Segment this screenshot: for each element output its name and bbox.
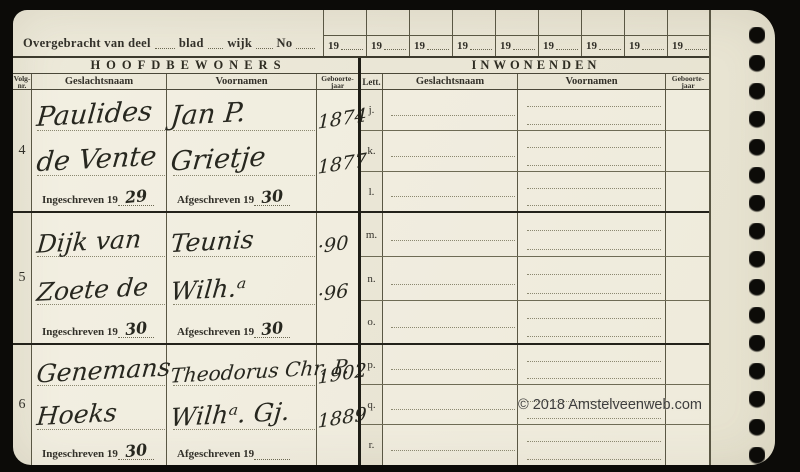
geboortejaar-cell xyxy=(666,425,710,465)
geboortejaar-label-bottom: jaar xyxy=(681,82,694,89)
writing-line xyxy=(527,205,661,206)
year-cell: 19 xyxy=(538,36,581,56)
letter-cell: k. xyxy=(361,131,383,171)
year-prefix: 19 xyxy=(586,40,597,52)
surname-handwritten: Dijk van xyxy=(35,224,142,258)
geboortejaar-cell xyxy=(666,131,710,171)
dotted-blank-wijk xyxy=(256,48,272,49)
column-header-geslachtsnaam-left: Geslachtsnaam xyxy=(32,74,167,89)
column-header-voornamen-left: Voornamen xyxy=(167,74,317,89)
column-header-lett: Lett. xyxy=(361,74,383,89)
dotted-blank xyxy=(513,49,535,50)
column-header-geboortejaar-left: Geboorte- jaar xyxy=(317,74,358,89)
empty-box xyxy=(409,10,452,35)
year-prefix: 19 xyxy=(457,40,468,52)
writing-line xyxy=(527,459,661,460)
ingeschreven-value-slot: 30 xyxy=(118,446,154,460)
section-titles: HOOFDBEWONERS INWONENDEN xyxy=(13,58,710,74)
firstname-handwritten: Jan P. xyxy=(169,97,246,132)
register-card: Overgebracht van deel blad wijk No xyxy=(13,10,775,465)
year-cell: 19 xyxy=(409,36,452,56)
ingeschreven-value-slot: 30 xyxy=(118,324,154,338)
geslachtsnaam-cell xyxy=(383,257,518,300)
geboortejaar-cell xyxy=(666,345,710,384)
ingeschreven-value: 30 xyxy=(124,445,147,457)
letter-cell: o. xyxy=(361,301,383,343)
section-divider xyxy=(358,58,361,465)
writing-line xyxy=(391,450,515,451)
year-prefix: 19 xyxy=(414,40,425,52)
year-cell: 19 xyxy=(366,36,409,56)
resident-row-4: 4 Paulides Jan P. 1874 de Vente Grietje … xyxy=(13,90,358,213)
writing-line xyxy=(527,441,661,442)
column-headers: Volg- nr. Geslachtsnaam Voornamen Geboor… xyxy=(13,74,710,90)
afgeschreven-value-slot xyxy=(254,447,290,460)
volgnr-cell: 5 xyxy=(13,213,32,343)
afgeschreven-value-slot: 30 xyxy=(254,324,290,338)
lodger-row-o: o. xyxy=(361,301,710,345)
firstname-handwritten: Teunis xyxy=(169,225,255,258)
year-cell: 19 xyxy=(581,36,624,56)
writing-line xyxy=(391,369,515,370)
writing-line xyxy=(527,230,661,231)
firstname-handwritten: Grietje xyxy=(169,141,267,177)
column-header-voornamen-right: Voornamen xyxy=(518,74,666,89)
afgeschreven-label: Afgeschreven 19 xyxy=(177,326,254,338)
writing-line xyxy=(527,165,661,166)
surname-handwritten: Paulides xyxy=(35,96,153,133)
writing-line xyxy=(527,318,661,319)
geboortejaar-cell xyxy=(666,213,710,256)
binder-holes xyxy=(749,27,765,472)
column-header-volgnr: Volg- nr. xyxy=(13,74,32,89)
top-band: Overgebracht van deel blad wijk No xyxy=(13,10,710,58)
empty-box xyxy=(667,10,710,35)
afgeschreven-label: Afgeschreven 19 xyxy=(177,448,254,460)
section-title-inwonenden: INWONENDEN xyxy=(358,58,710,73)
lodger-row-k: k. xyxy=(361,131,710,172)
letter-cell: j. xyxy=(361,90,383,130)
geboortejaar-cell xyxy=(666,301,710,343)
writing-line xyxy=(527,147,661,148)
geslachtsnaam-cell xyxy=(383,385,518,424)
year-prefix: 19 xyxy=(672,40,683,52)
column-header-geboortejaar-right: Geboorte- jaar xyxy=(666,74,710,89)
letter-cell: q. xyxy=(361,385,383,424)
letter-cell: r. xyxy=(361,425,383,465)
ingeschreven-value: 29 xyxy=(124,191,147,203)
dotted-blank xyxy=(642,49,664,50)
dotted-blank-no xyxy=(296,48,315,49)
year-grid: 19 19 19 19 19 19 19 19 19 xyxy=(323,10,710,56)
transfer-line: Overgebracht van deel blad wijk No xyxy=(13,10,323,56)
afgeschreven-field: Afgeschreven 1930 xyxy=(177,324,290,338)
writing-line xyxy=(391,240,515,241)
writing-line xyxy=(391,156,515,157)
year-prefix: 19 xyxy=(543,40,554,52)
empty-box xyxy=(624,10,667,35)
dotted-blank xyxy=(341,49,363,50)
resident-row-5: 5 Dijk van Teunis ·90 Zoete de Wilh.ᵃ ·9… xyxy=(13,213,358,345)
geslachtsnaam-cell xyxy=(383,345,518,384)
year-empty-boxes-row xyxy=(323,10,710,36)
volgnr-cell: 6 xyxy=(13,345,32,465)
dotted-blank xyxy=(556,49,578,50)
transfer-field-wijk: wijk xyxy=(227,36,252,51)
year-cell: 19 xyxy=(452,36,495,56)
lodger-row-j: j. xyxy=(361,90,710,131)
geboortejaar-label-bottom: jaar xyxy=(331,82,344,89)
year-prefix: 19 xyxy=(500,40,511,52)
ingeschreven-field: Ingeschreven 1930 xyxy=(42,446,154,460)
ingeschreven-label: Ingeschreven 19 xyxy=(42,194,118,206)
lodger-row-p: p. xyxy=(361,345,710,385)
ingeschreven-field: Ingeschreven 1930 xyxy=(42,324,154,338)
empty-box xyxy=(495,10,538,35)
year-cell: 19 xyxy=(667,36,710,56)
surname-handwritten: Hoeks xyxy=(35,398,118,431)
table-right-border xyxy=(709,10,711,465)
empty-box xyxy=(538,10,581,35)
afgeschreven-field: Afgeschreven 19 xyxy=(177,447,290,460)
writing-line xyxy=(527,378,661,379)
writing-line xyxy=(527,336,661,337)
writing-line xyxy=(527,188,661,189)
geboortejaar-cell xyxy=(666,90,710,130)
afgeschreven-value-slot: 30 xyxy=(254,192,290,206)
writing-line xyxy=(527,274,661,275)
hoofdbewoners-rows: 4 Paulides Jan P. 1874 de Vente Grietje … xyxy=(13,90,358,465)
transfer-label: Overgebracht van deel xyxy=(23,36,151,51)
ingeschreven-value-slot: 29 xyxy=(118,192,154,206)
lodger-row-r: r. xyxy=(361,425,710,465)
writing-line xyxy=(391,115,515,116)
letter-cell: l. xyxy=(361,172,383,211)
dotted-blank xyxy=(427,49,449,50)
writing-line xyxy=(527,293,661,294)
section-title-hoofdbewoners: HOOFDBEWONERS xyxy=(13,58,358,73)
year-cell: 19 xyxy=(624,36,667,56)
lodger-row-l: l. xyxy=(361,172,710,213)
empty-box xyxy=(366,10,409,35)
lodger-row-n: n. xyxy=(361,257,710,301)
writing-line xyxy=(527,124,661,125)
year-header-row: 19 19 19 19 19 19 19 19 19 xyxy=(323,36,710,56)
afgeschreven-value: 30 xyxy=(260,323,283,335)
geboortejaar-cell xyxy=(666,172,710,211)
afgeschreven-value: 30 xyxy=(260,191,283,203)
copyright-watermark: © 2018 Amstelveenweb.com xyxy=(518,397,702,413)
volgnr-label-bottom: nr. xyxy=(18,82,27,89)
writing-line xyxy=(391,284,515,285)
transfer-field-blad: blad xyxy=(179,36,204,51)
geslachtsnaam-cell xyxy=(383,131,518,171)
dotted-blank xyxy=(685,49,707,50)
geboortejaar-cell xyxy=(666,257,710,300)
writing-line xyxy=(391,327,515,328)
column-header-geslachtsnaam-right: Geslachtsnaam xyxy=(383,74,518,89)
resident-row-6: 6 Genemans Theodorus Chr. P. 1902 Hoeks … xyxy=(13,345,358,465)
year-prefix: 19 xyxy=(629,40,640,52)
geslachtsnaam-cell xyxy=(383,301,518,343)
writing-line xyxy=(527,418,661,419)
surname-handwritten: de Vente xyxy=(35,141,158,178)
dotted-blank-deel xyxy=(155,48,175,49)
volgnr-cell: 4 xyxy=(13,90,32,211)
ingeschreven-field: Ingeschreven 1929 xyxy=(42,192,154,206)
ingeschreven-label: Ingeschreven 19 xyxy=(42,326,118,338)
firstname-handwritten: Wilh.ᵃ xyxy=(170,273,248,306)
empty-box xyxy=(323,10,366,35)
geslachtsnaam-cell xyxy=(383,213,518,256)
lodger-row-m: m. xyxy=(361,213,710,257)
dotted-blank-blad xyxy=(208,48,224,49)
year-cell: 19 xyxy=(323,36,366,56)
letter-cell: m. xyxy=(361,213,383,256)
writing-line xyxy=(527,106,661,107)
writing-line xyxy=(391,196,515,197)
transfer-field-no: No xyxy=(277,36,293,51)
year-cell: 19 xyxy=(495,36,538,56)
afgeschreven-label: Afgeschreven 19 xyxy=(177,194,254,206)
letter-cell: n. xyxy=(361,257,383,300)
geslachtsnaam-cell xyxy=(383,425,518,465)
dotted-blank xyxy=(599,49,621,50)
ingeschreven-label: Ingeschreven 19 xyxy=(42,448,118,460)
geslachtsnaam-cell xyxy=(383,90,518,130)
writing-line xyxy=(391,409,515,410)
year-prefix: 19 xyxy=(371,40,382,52)
letter-cell: p. xyxy=(361,345,383,384)
birthyear-handwritten: ·90 xyxy=(318,232,349,258)
scanned-register-card-page: { "colors": { "scan_background": "#0c0b0… xyxy=(0,0,800,472)
writing-line xyxy=(527,249,661,250)
empty-box xyxy=(452,10,495,35)
geslachtsnaam-cell xyxy=(383,172,518,211)
empty-box xyxy=(581,10,624,35)
surname-handwritten: Zoete de xyxy=(35,272,149,307)
writing-line xyxy=(527,361,661,362)
dotted-blank xyxy=(384,49,406,50)
year-prefix: 19 xyxy=(328,40,339,52)
dotted-blank xyxy=(470,49,492,50)
afgeschreven-field: Afgeschreven 1930 xyxy=(177,192,290,206)
ingeschreven-value: 30 xyxy=(124,323,147,335)
